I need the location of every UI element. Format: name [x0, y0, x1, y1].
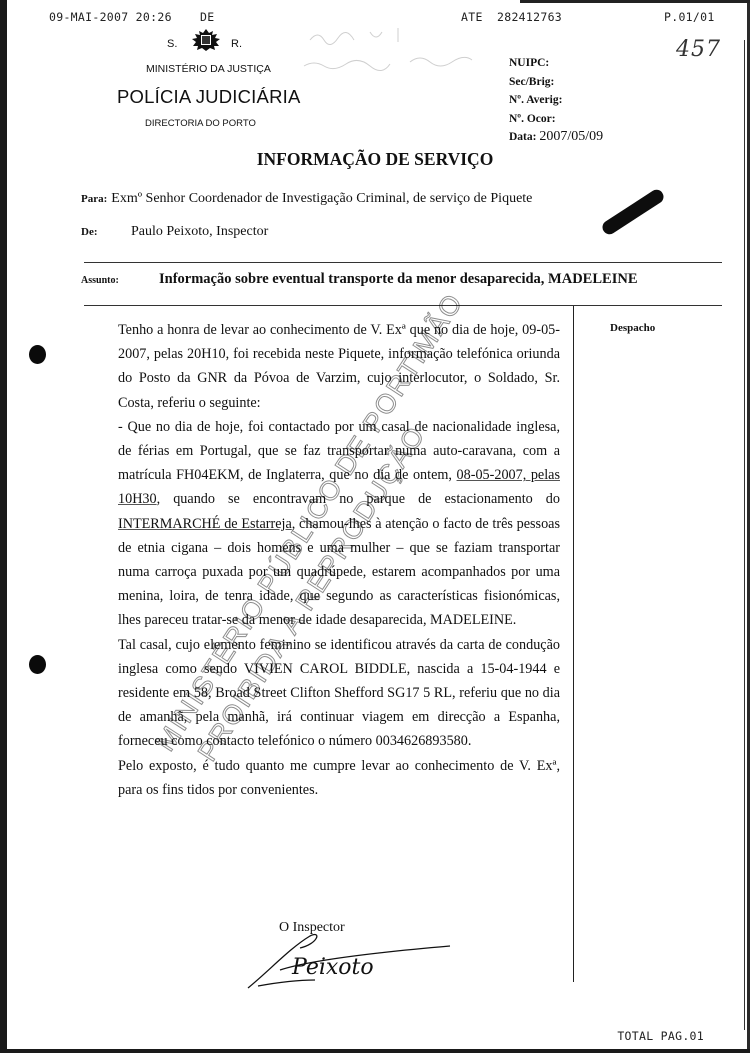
fax-page-number: P.01/01 [664, 10, 715, 24]
meta-nuipc: NUIPC: [509, 54, 603, 73]
from-value: Paulo Peixoto, Inspector [131, 224, 268, 239]
underlined-place: INTERMARCHÉ de Estarreja [118, 516, 292, 532]
coat-of-arms-icon [191, 29, 221, 51]
fax-total-pages: TOTAL PAG.01 [617, 1029, 704, 1043]
from-label: De: [81, 226, 127, 238]
body-paragraph-4: Pelo exposto, é tudo quanto me cumpre le… [118, 754, 560, 802]
divider-top [84, 262, 722, 263]
handwritten-folio-number: 457 [676, 37, 721, 62]
letterhead-right-initial: R. [231, 38, 242, 50]
subject-label: Assunto: [81, 275, 155, 286]
document-title: INFORMAÇÃO DE SERVIÇO [0, 149, 750, 170]
from-line: De: Paulo Peixoto, Inspector [81, 222, 268, 240]
meta-ocor: Nº. Ocor: [509, 110, 603, 129]
scan-edge-top [520, 0, 750, 3]
agency-name: POLÍCIA JUDICIÁRIA [117, 86, 301, 108]
letterhead-left-initial: S. [167, 38, 177, 50]
body-text: Tenho a honra de levar ao conhecimento d… [118, 318, 560, 802]
to-value: Exmº Senhor Coordenador de Investigação … [111, 191, 532, 206]
body-paragraph-2: - Que no dia de hoje, foi contactado por… [118, 415, 560, 633]
punch-hole-lower [29, 655, 46, 674]
divider-bottom [84, 305, 722, 306]
handwritten-signature: Peixoto [240, 930, 460, 1000]
to-label: Para: [81, 193, 107, 205]
column-divider [573, 306, 574, 982]
punch-hole-upper [29, 345, 46, 364]
meta-averig: Nº. Averig: [509, 91, 603, 110]
body-paragraph-3: Tal casal, cujo elemento feminino se ide… [118, 633, 560, 754]
case-meta-fields: NUIPC: Sec/Brig: Nº. Averig: Nº. Ocor: D… [509, 54, 603, 147]
faint-handwriting-scribble [300, 18, 500, 78]
scan-edge-bottom [0, 1049, 750, 1053]
redaction-mark [600, 187, 666, 237]
svg-text:Peixoto: Peixoto [291, 955, 374, 980]
fax-from-label: DE [200, 10, 214, 24]
fax-to-number: 282412763 [497, 10, 562, 24]
subject-line: Assunto: Informação sobre eventual trans… [81, 270, 638, 288]
to-line: Para: Exmº Senhor Coordenador de Investi… [81, 189, 532, 207]
directorate-name: DIRECTORIA DO PORTO [145, 118, 256, 129]
body-paragraph-1: Tenho a honra de levar ao conhecimento d… [118, 318, 560, 415]
fax-datetime: 09-MAI-2007 20:26 [49, 10, 172, 24]
meta-data: Data: 2007/05/09 [509, 128, 603, 147]
meta-sec-brig: Sec/Brig: [509, 73, 603, 92]
ministry-name: MINISTÉRIO DA JUSTIÇA [146, 63, 271, 75]
page-right-border [744, 40, 745, 1030]
subject-value: Informação sobre eventual transporte da … [159, 271, 638, 287]
despacho-label: Despacho [610, 322, 655, 334]
